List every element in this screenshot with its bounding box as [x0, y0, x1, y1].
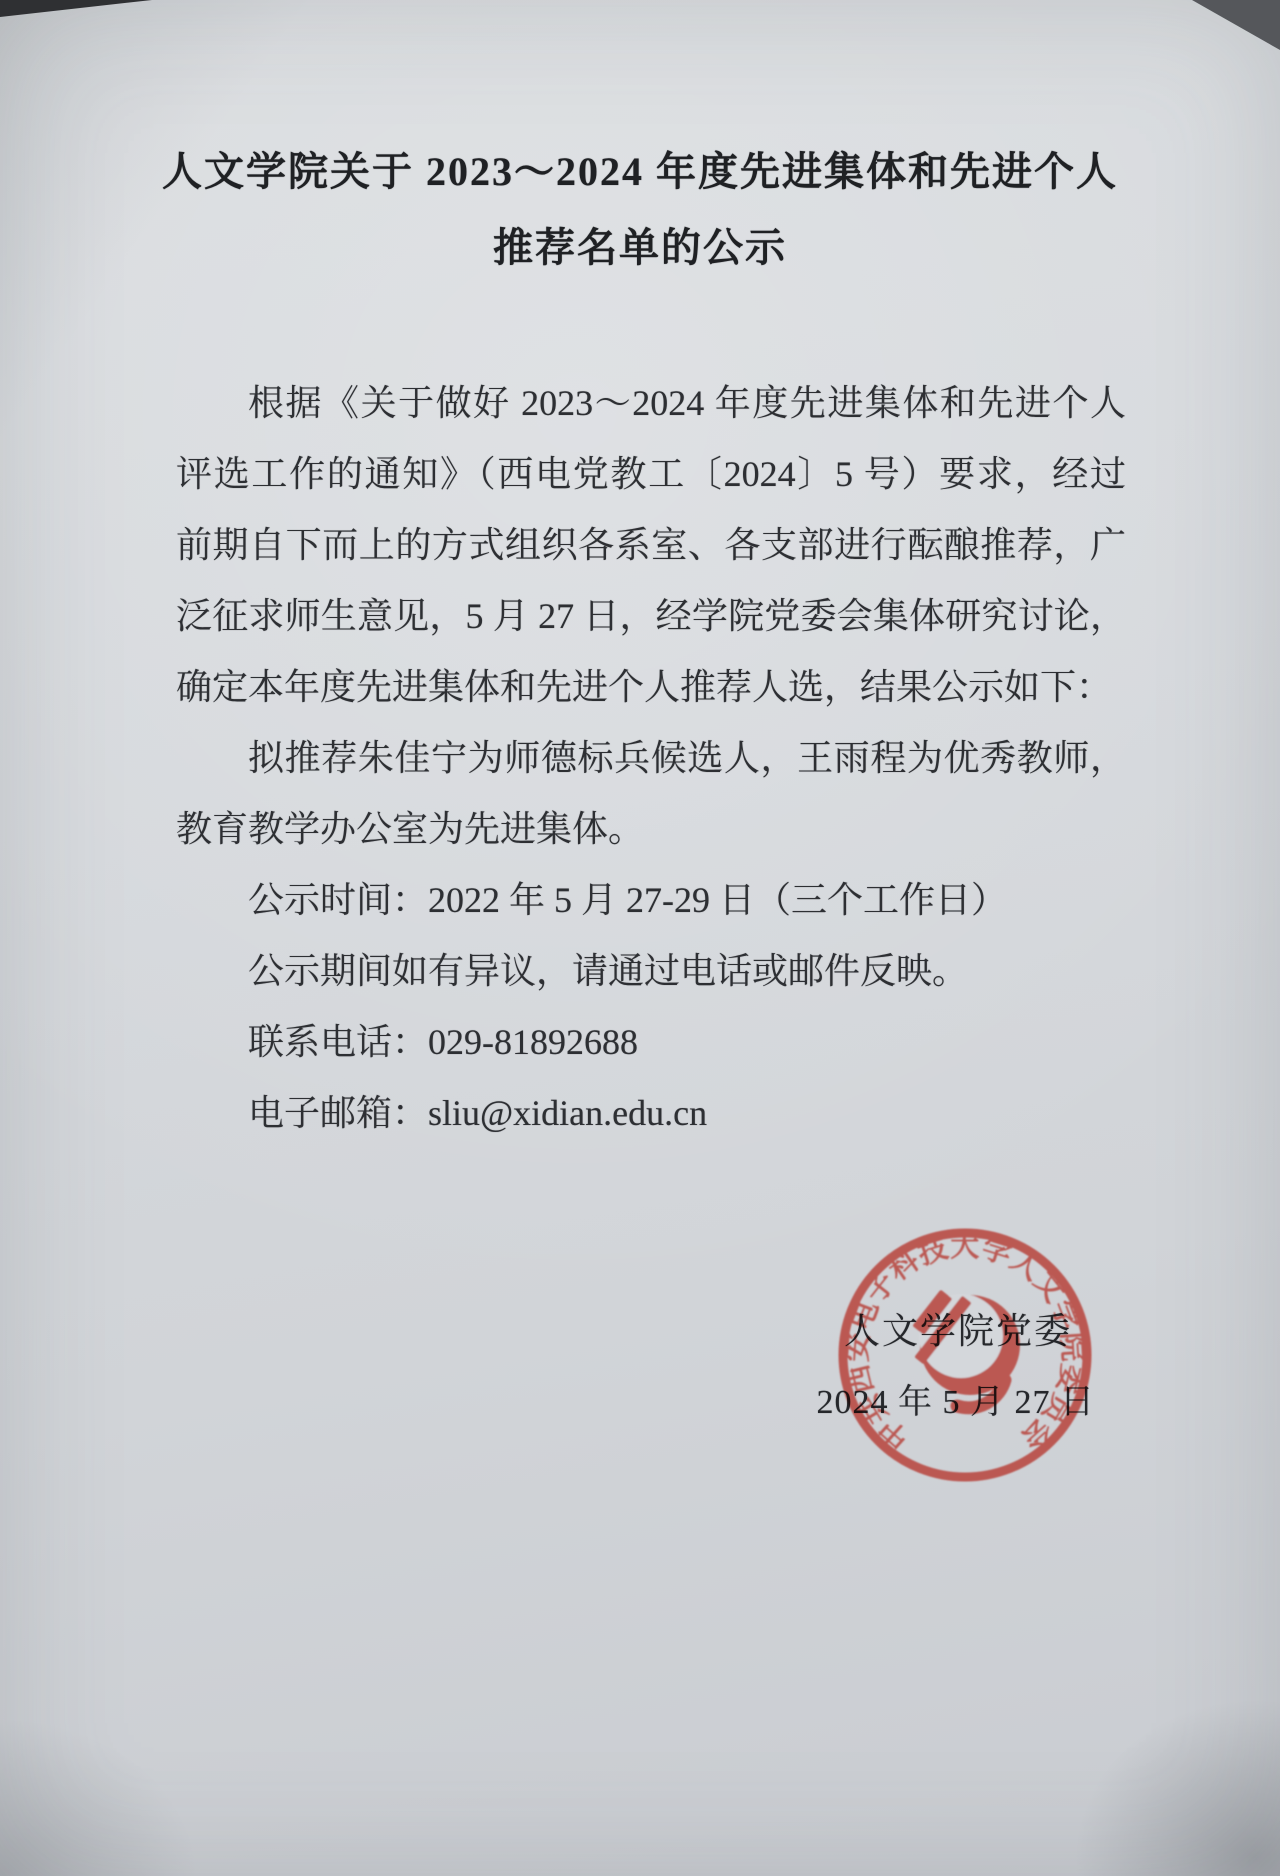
signature-date: 2024 年 5 月 27 日	[817, 1374, 1096, 1423]
body-line: 确定本年度先进集体和先进个人推荐人选，结果公示如下：	[176, 652, 1126, 723]
scanned-document-page: 人文学院关于 2023～2024 年度先进集体和先进个人 推荐名单的公示 根据《…	[0, 0, 1280, 1876]
document-body: 根据《关于做好 2023～2024 年度先进集体和先进个人 评选工作的通知》（西…	[176, 368, 1126, 1149]
body-line: 联系电话：029-81892688	[176, 1007, 1126, 1078]
official-red-seal: 中共西安电子科技大学人文学院委员会	[815, 1205, 1115, 1505]
signature: 人文学院党委	[844, 1303, 1072, 1354]
body-line: 评选工作的通知》（西电党教工〔2024〕5 号）要求，经过	[176, 439, 1126, 510]
body-line: 泛征求师生意见，5 月 27 日，经学院党委会集体研究讨论，	[176, 581, 1126, 652]
body-line: 拟推荐朱佳宁为师德标兵候选人，王雨程为优秀教师，	[176, 723, 1126, 794]
title-line-1: 人文学院关于 2023～2024 年度先进集体和先进个人	[0, 134, 1280, 210]
title-line-2: 推荐名单的公示	[0, 210, 1280, 286]
photo-corner-shadow-top-left	[0, 0, 152, 17]
body-line: 电子邮箱：sliu@xidian.edu.cn	[176, 1078, 1126, 1149]
body-line: 根据《关于做好 2023～2024 年度先进集体和先进个人	[176, 368, 1126, 439]
document-title: 人文学院关于 2023～2024 年度先进集体和先进个人 推荐名单的公示	[0, 134, 1280, 286]
body-line: 公示时间：2022 年 5 月 27-29 日（三个工作日）	[176, 865, 1126, 936]
body-line: 前期自下而上的方式组织各系室、各支部进行酝酿推荐，广	[176, 510, 1126, 581]
body-line: 教育教学办公室为先进集体。	[176, 794, 1126, 865]
body-line: 公示期间如有异议，请通过电话或邮件反映。	[176, 936, 1126, 1007]
photo-corner-shadow-top-right	[1192, 0, 1280, 50]
